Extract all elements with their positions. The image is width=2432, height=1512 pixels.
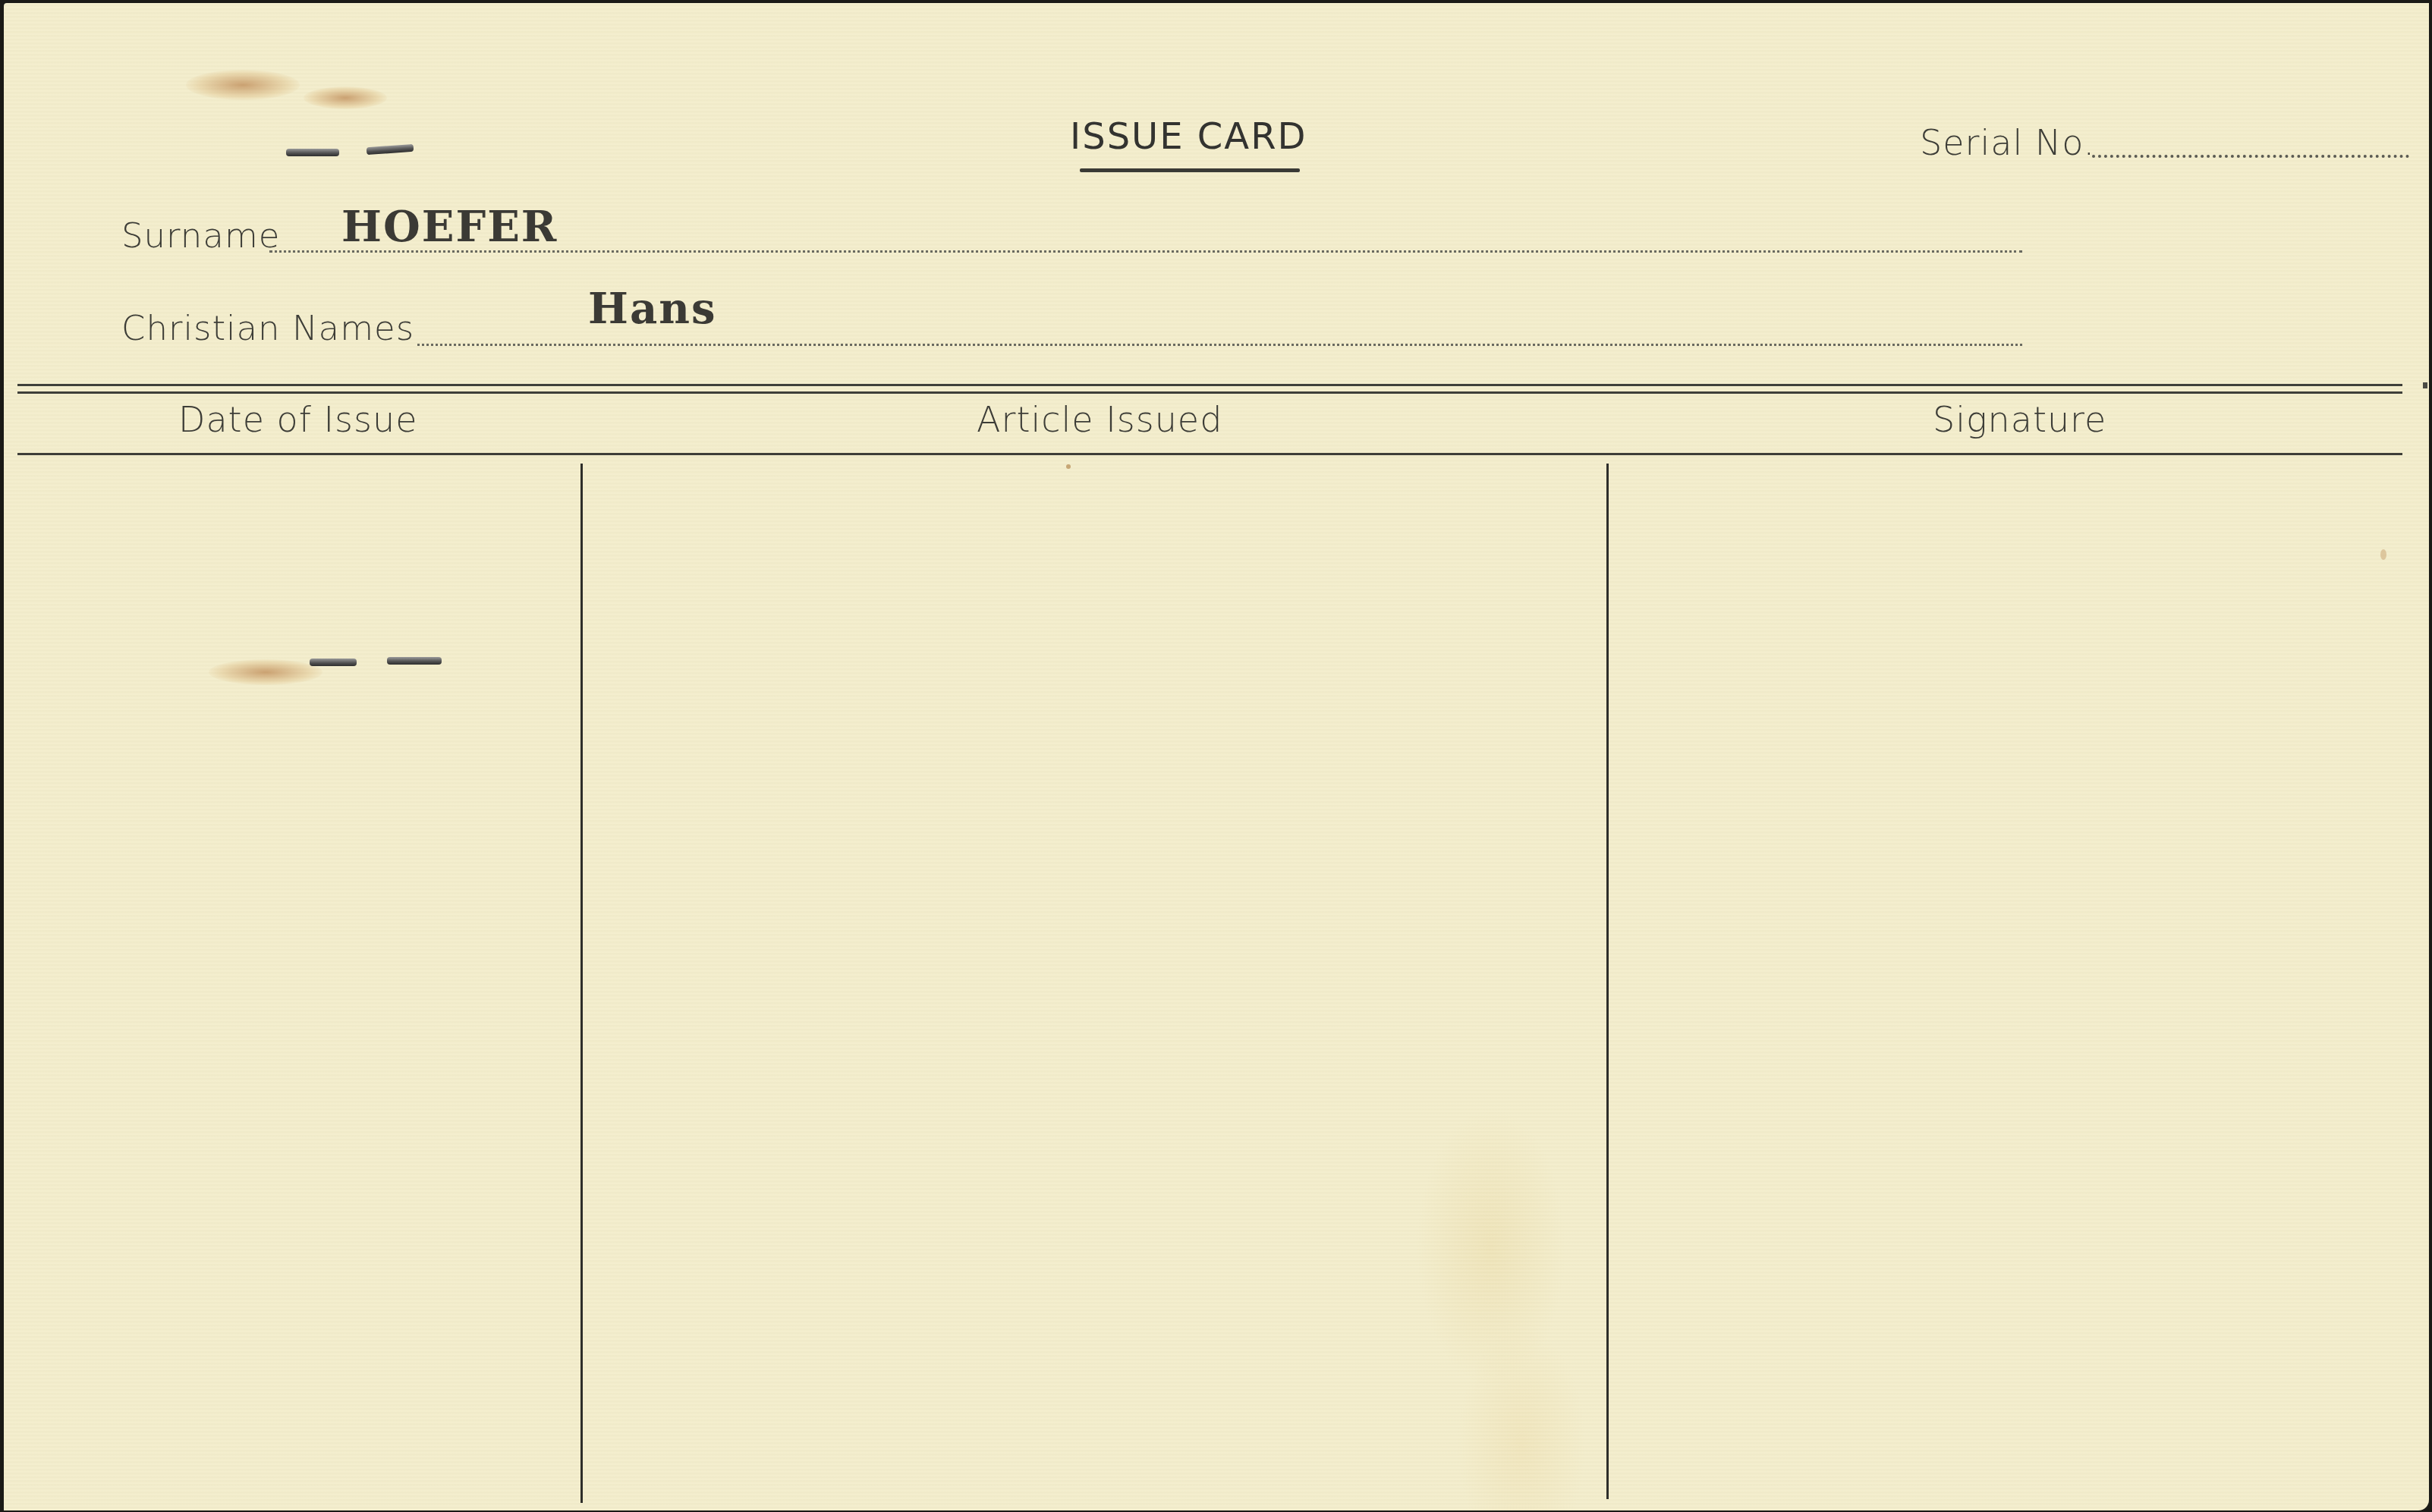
column-divider-1 bbox=[580, 464, 583, 1503]
column-header-date-of-issue: Date of Issue bbox=[178, 399, 417, 440]
christian-names-value[interactable]: Hans bbox=[588, 284, 716, 334]
card-title: ISSUE CARD bbox=[1070, 115, 1307, 158]
christian-names-field-line bbox=[417, 344, 2022, 346]
column-header-signature: Signature bbox=[1933, 399, 2106, 440]
issue-card: ISSUE CARD Serial No. Surname HOEFER Chr… bbox=[4, 3, 2429, 1510]
surname-label: Surname bbox=[121, 215, 280, 256]
rust-stain bbox=[186, 70, 300, 100]
serial-no-label: Serial No. bbox=[1920, 122, 2095, 163]
double-rule-top bbox=[17, 384, 2402, 386]
staple-icon bbox=[286, 149, 339, 156]
column-header-article-issued: Article Issued bbox=[977, 399, 1222, 440]
rust-stain bbox=[304, 86, 387, 109]
signature-column[interactable] bbox=[1612, 466, 2402, 1505]
surname-value[interactable]: HOEFER bbox=[341, 202, 558, 252]
column-divider-2 bbox=[1606, 464, 1609, 1499]
staple-icon bbox=[367, 144, 414, 155]
article-issued-column[interactable] bbox=[587, 466, 1603, 1505]
title-underline bbox=[1080, 168, 1300, 172]
card-edge-mark bbox=[2423, 382, 2427, 388]
double-rule-bottom bbox=[17, 391, 2402, 394]
header-bottom-rule bbox=[17, 453, 2402, 455]
serial-no-field[interactable] bbox=[2092, 155, 2409, 158]
date-of-issue-column[interactable] bbox=[19, 466, 577, 1505]
christian-names-label: Christian Names bbox=[121, 308, 414, 348]
